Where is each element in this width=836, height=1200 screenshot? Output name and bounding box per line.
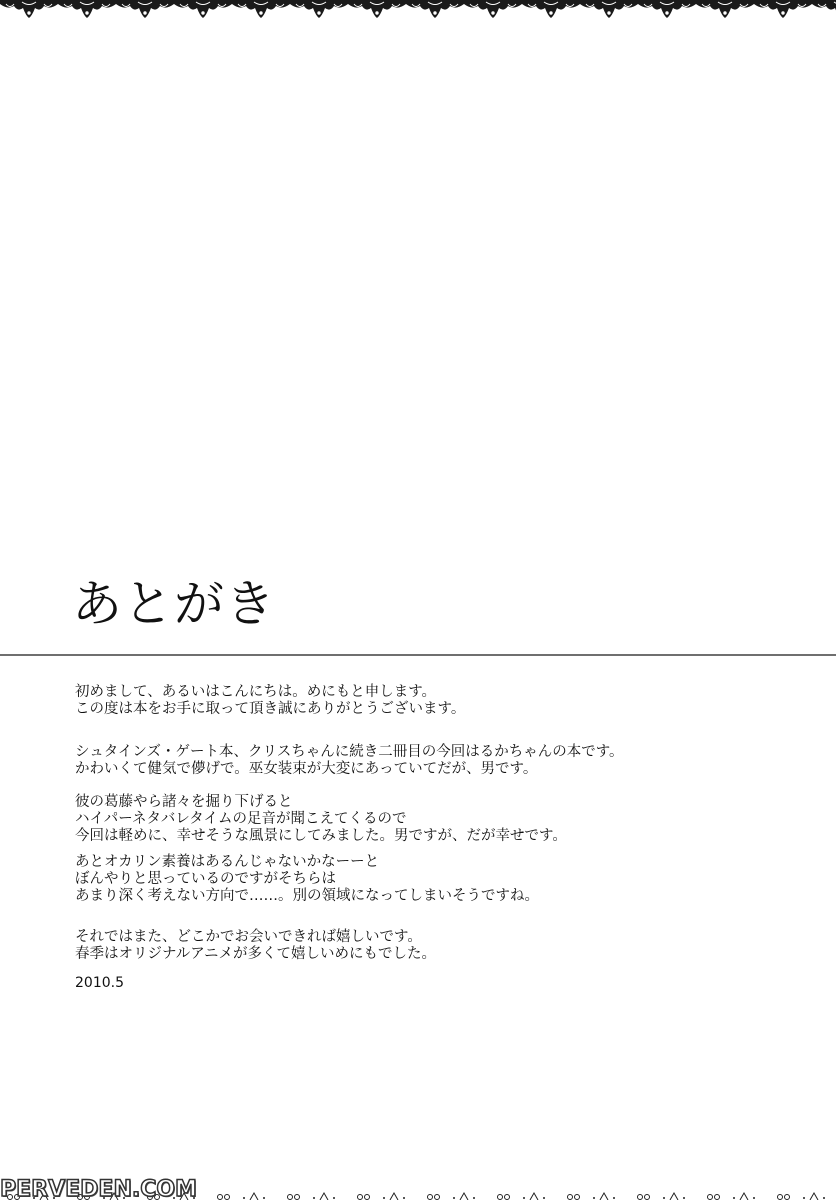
- watermark-logo: PERVEDEN.COM: [0, 1180, 197, 1200]
- text-line: 初めまして、あるいはこんにちは。めにもと申します。: [75, 684, 465, 701]
- text-line: それではまた、どこかでお会いできれば嬉しいです。: [75, 929, 436, 946]
- text-line: あまり深く考えない方向で……。別の領域になってしまいそうですね。: [75, 888, 539, 905]
- text-line: ぼんやりと思っているのですがそちらは: [75, 871, 539, 888]
- paragraph: シュタインズ・ゲート本、クリスちゃんに続き二冊目の今回はるかちゃんの本です。 か…: [75, 744, 624, 778]
- ornamental-lace-border-icon: [0, 0, 836, 20]
- date: 2010.5: [75, 975, 124, 992]
- text-line: 彼の葛藤やら諸々を掘り下げると: [75, 794, 567, 811]
- paragraph: あとオカリン素養はあるんじゃないかなーーと ぼんやりと思っているのですがそちらは…: [75, 854, 539, 905]
- paragraph: 彼の葛藤やら諸々を掘り下げると ハイパーネタバレタイムの足音が聞こえてくるので …: [75, 794, 567, 845]
- text-line: かわいくて健気で儚げで。巫女装束が大変にあっていてだが、男です。: [75, 761, 624, 778]
- divider: [0, 654, 836, 656]
- text-line: この度は本をお手に取って頂き誠にありがとうございます。: [75, 701, 465, 718]
- paragraph: 初めまして、あるいはこんにちは。めにもと申します。 この度は本をお手に取って頂き…: [75, 684, 465, 718]
- text-line: 春季はオリジナルアニメが多くて嬉しいめにもでした。: [75, 946, 436, 963]
- text-line: シュタインズ・ゲート本、クリスちゃんに続き二冊目の今回はるかちゃんの本です。: [75, 744, 624, 761]
- page-title: あとがき: [72, 576, 276, 632]
- text-line: あとオカリン素養はあるんじゃないかなーーと: [75, 854, 539, 871]
- paragraph: それではまた、どこかでお会いできれば嬉しいです。 春季はオリジナルアニメが多くて…: [75, 929, 436, 963]
- text-line: ハイパーネタバレタイムの足音が聞こえてくるので: [75, 811, 567, 828]
- text-line: 今回は軽めに、幸せそうな風景にしてみました。男ですが、だが幸せです。: [75, 828, 567, 845]
